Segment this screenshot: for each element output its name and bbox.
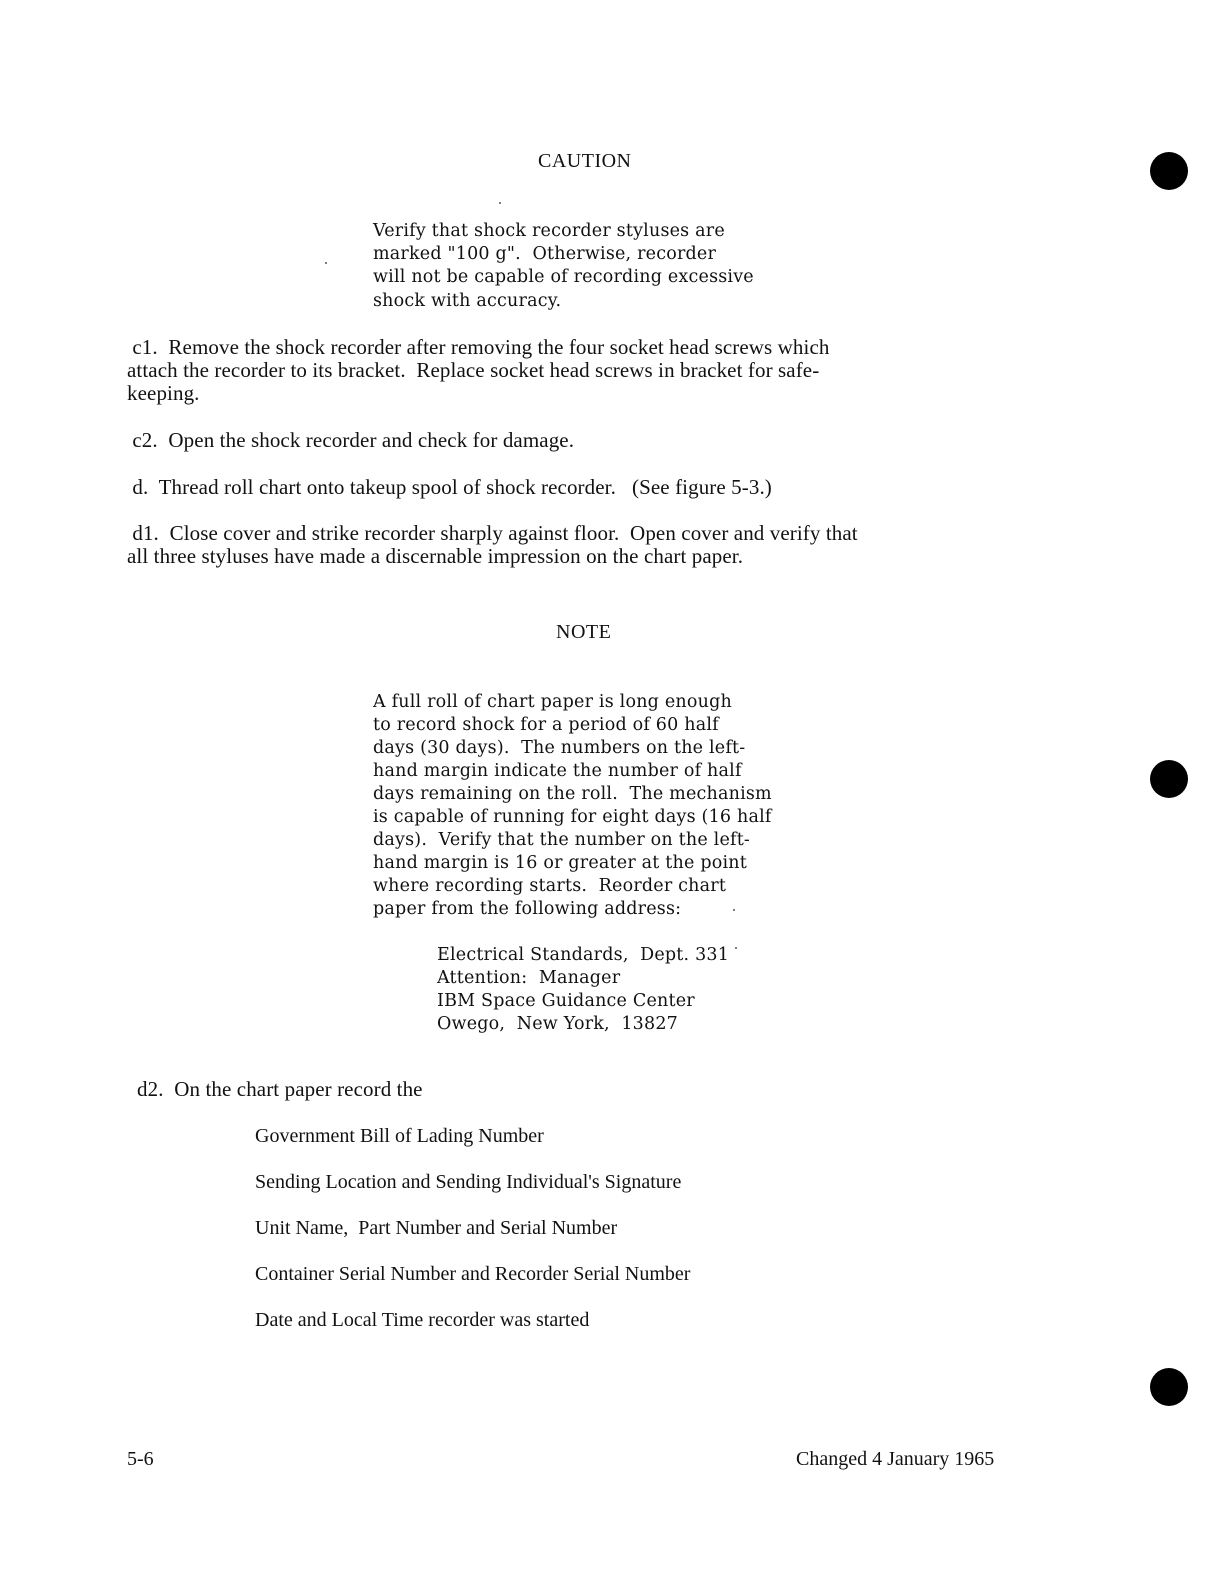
step-c1-line: keeping. [127,382,200,406]
scan-speck [325,262,327,264]
note-line: paper from the following address: [373,898,681,921]
step-d: d. Thread roll chart onto takeup spool o… [127,476,772,500]
address-line: Owego, New York, 13827 [437,1013,678,1036]
step-d2-intro: d2. On the chart paper record the [137,1078,423,1102]
change-date: Changed 4 January 1965 [796,1448,994,1471]
record-item: Government Bill of Lading Number [255,1125,544,1148]
scan-speck [735,947,737,949]
caution-line: shock with accuracy. [373,290,561,313]
note-line: hand margin indicate the number of half [373,760,742,783]
margin-dot-icon [1150,152,1188,190]
record-item: Date and Local Time recorder was started [255,1309,589,1332]
caution-line: Verify that shock recorder styluses are [373,220,725,243]
step-d1-line: d1. Close cover and strike recorder shar… [127,522,858,546]
note-line: to record shock for a period of 60 half [373,714,719,737]
note-heading: NOTE [556,621,611,644]
caution-line: marked "100 g". Otherwise, recorder [373,243,716,266]
note-line: days remaining on the roll. The mechanis… [373,783,772,806]
address-line: Electrical Standards, Dept. 331 [437,944,729,967]
record-item: Sending Location and Sending Individual'… [255,1171,681,1194]
note-line: days (30 days). The numbers on the left- [373,737,745,760]
margin-dot-icon [1150,760,1188,798]
record-item: Unit Name, Part Number and Serial Number [255,1217,617,1240]
caution-line: will not be capable of recording excessi… [373,266,754,289]
caution-heading: CAUTION [538,150,632,173]
record-item: Container Serial Number and Recorder Ser… [255,1263,690,1286]
step-c1-line: attach the recorder to its bracket. Repl… [127,359,819,383]
scan-speck [733,909,735,911]
note-line: where recording starts. Reorder chart [373,875,726,898]
note-line: hand margin is 16 or greater at the poin… [373,852,747,875]
note-line: A full roll of chart paper is long enoug… [373,691,732,714]
document-page: CAUTION Verify that shock recorder stylu… [0,0,1224,1580]
scan-speck [499,202,501,204]
address-line: Attention: Manager [437,967,620,990]
step-c1-line: c1. Remove the shock recorder after remo… [127,336,830,360]
page-number: 5-6 [127,1448,154,1471]
note-line: days). Verify that the number on the lef… [373,829,750,852]
step-d1-line: all three styluses have made a discernab… [127,545,743,569]
step-c2: c2. Open the shock recorder and check fo… [127,429,574,453]
margin-dot-icon [1150,1368,1188,1406]
note-line: is capable of running for eight days (16… [373,806,772,829]
address-line: IBM Space Guidance Center [437,990,695,1013]
